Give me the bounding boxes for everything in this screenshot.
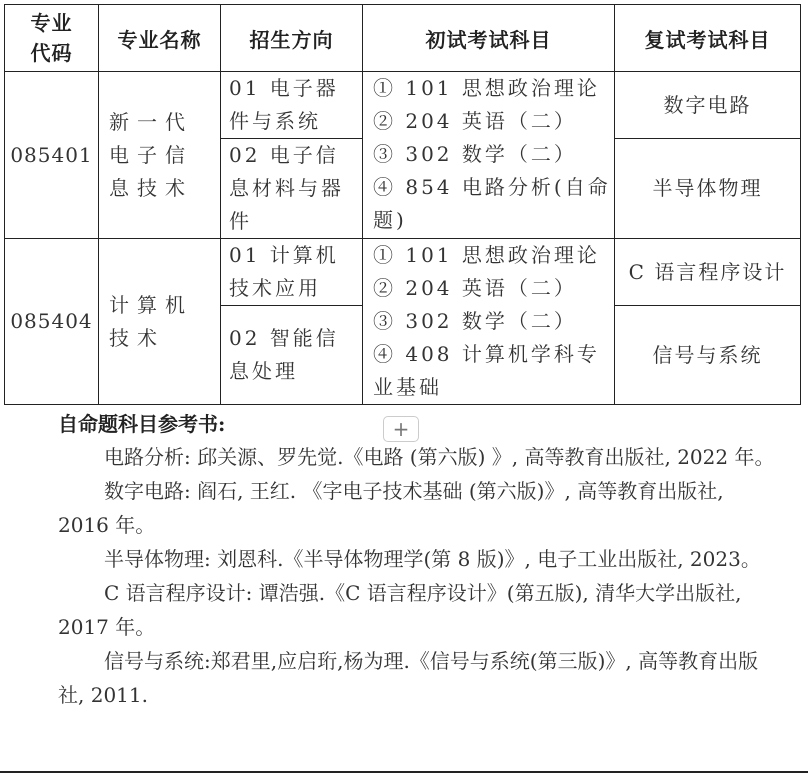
reference-item: 数字电路: 阎石, 王红. 《字电子技术基础 (第六版)》, 高等教育出版社, … (58, 474, 778, 542)
header-initial-exam: 初试考试科目 (363, 5, 615, 72)
exam-subject: ② 204 英语（二） (373, 272, 612, 305)
major-name: 新一代电子信息技术 (99, 72, 221, 239)
exam-subject: ① 101 思想政治理论 (373, 72, 612, 105)
exam-subject: ③ 302 数学（二） (373, 305, 612, 338)
table-row: 085404 计算机技术 01 计算机技术应用 ① 101 思想政治理论 ② 2… (5, 239, 801, 306)
major-name: 计算机技术 (99, 239, 221, 405)
header-major-code: 专业 代码 (5, 5, 99, 72)
header-retest-exam: 复试考试科目 (615, 5, 801, 72)
exam-subject: 题) (373, 204, 612, 237)
direction-cell: 01 计算机技术应用 (221, 239, 363, 306)
table-header-row: 专业 代码 专业名称 招生方向 初试考试科目 复试考试科目 (5, 5, 801, 72)
retest-subject: 半导体物理 (615, 139, 801, 239)
initial-exam-cell: ① 101 思想政治理论 ② 204 英语（二） ③ 302 数学（二） ④ 8… (363, 72, 615, 239)
direction-cell: 02 电子信息材料与器件 (221, 139, 363, 239)
exam-subject: ② 204 英语（二） (373, 105, 612, 138)
initial-exam-cell: ① 101 思想政治理论 ② 204 英语（二） ③ 302 数学（二） ④ 4… (363, 239, 615, 405)
reference-books-title: 自命题科目参考书: (58, 408, 778, 440)
major-code: 085401 (5, 72, 99, 239)
exam-subjects-table: 专业 代码 专业名称 招生方向 初试考试科目 复试考试科目 085401 新一代… (4, 4, 801, 405)
reference-books-section: 自命题科目参考书: 电路分析: 邱关源、罗先觉.《电路 (第六版) 》, 高等教… (58, 408, 778, 712)
header-direction: 招生方向 (221, 5, 363, 72)
retest-subject: C 语言程序设计 (615, 239, 801, 306)
bottom-divider (0, 771, 808, 773)
retest-subject: 信号与系统 (615, 306, 801, 405)
exam-subject: ④ 854 电路分析(自命 (373, 171, 612, 204)
table-row: 085401 新一代电子信息技术 01 电子器件与系统 ① 101 思想政治理论… (5, 72, 801, 139)
direction-cell: 01 电子器件与系统 (221, 72, 363, 139)
header-major-name: 专业名称 (99, 5, 221, 72)
reference-item: 信号与系统:郑君里,应启珩,杨为理.《信号与系统(第三版)》, 高等教育出版社,… (58, 644, 778, 712)
reference-item: 半导体物理: 刘恩科.《半导体物理学(第 8 版)》, 电子工业出版社, 202… (58, 542, 778, 576)
exam-subject: 业基础 (373, 371, 612, 404)
retest-subject: 数字电路 (615, 72, 801, 139)
exam-subject: ④ 408 计算机学科专 (373, 338, 612, 371)
reference-item: 电路分析: 邱关源、罗先觉.《电路 (第六版) 》, 高等教育出版社, 2022… (58, 440, 778, 474)
reference-item: C 语言程序设计: 谭浩强.《C 语言程序设计》(第五版), 清华大学出版社, … (58, 576, 778, 644)
direction-cell: 02 智能信息处理 (221, 306, 363, 405)
exam-subject: ③ 302 数学（二） (373, 138, 612, 171)
exam-subject: ① 101 思想政治理论 (373, 239, 612, 272)
major-code: 085404 (5, 239, 99, 405)
